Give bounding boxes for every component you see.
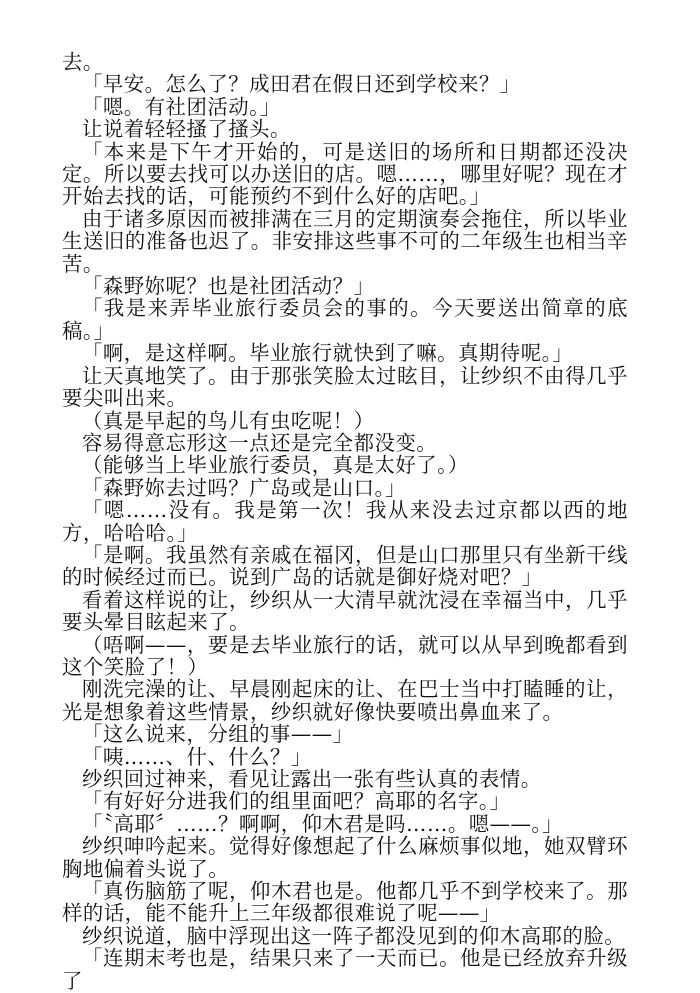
paragraph-narration: 让天真地笑了。由于那张笑脸太过眩目，让纱织不由得几乎要尖叫出来。	[62, 365, 628, 410]
paragraph-narration: 让说着轻轻搔了搔头。	[62, 118, 628, 140]
paragraph-dialogue: 「森野妳去过吗？广岛或是山口。」	[62, 477, 628, 499]
document-page: 去。 「早安。怎么了？成田君在假日还到学校来？」 「嗯。有社团活动。」 让说着轻…	[62, 51, 628, 992]
paragraph-dialogue: 「嗯。有社团活动。」	[62, 96, 628, 118]
paragraph-narration: 纱织呻吟起来。觉得好像想起了什么麻烦事似地，她双臂环胸地偏着头说了。	[62, 835, 628, 880]
paragraph-narration: 容易得意忘形这一点还是完全都没变。	[62, 432, 628, 454]
paragraph-dialogue: 「这么说来，分组的事——」	[62, 723, 628, 745]
paragraph-dialogue: 「嗯……没有。我是第一次！我从来没去过京都以西的地方，哈哈哈。」	[62, 499, 628, 544]
paragraph-narration: 纱织回过神来，看见让露出一张有些认真的表情。	[62, 768, 628, 790]
paragraph-dialogue: 「有好好分进我们的组里面吧？高耶的名字。」	[62, 790, 628, 812]
paragraph-thought: （能够当上毕业旅行委员，真是太好了。）	[62, 454, 628, 476]
paragraph-narration: 由于诸多原因而被排满在三月的定期演奏会拖住，所以毕业生送旧的准备也迟了。非安排这…	[62, 208, 628, 275]
paragraph-dialogue: 「早安。怎么了？成田君在假日还到学校来？」	[62, 73, 628, 95]
paragraph-dialogue: 「啊，是这样啊。毕业旅行就快到了嘛。真期待呢。」	[62, 342, 628, 364]
paragraph-dialogue: 「〝高耶〞……？啊啊，仰木君是吗……。嗯——。」	[62, 813, 628, 835]
paragraph-narration: 纱织说道，脑中浮现出这一阵子都没见到的仰木高耶的脸。	[62, 925, 628, 947]
paragraph-continuation: 去。	[62, 51, 628, 73]
paragraph-narration: 看着这样说的让，纱织从一大清早就沈浸在幸福当中，几乎要头晕目眩起来了。	[62, 589, 628, 634]
paragraph-dialogue: 「连期末考也是，结果只来了一天而已。他是已经放弃升级了	[62, 947, 628, 992]
paragraph-dialogue: 「是啊。我虽然有亲戚在福冈，但是山口那里只有坐新干线的时候经过而已。说到广岛的话…	[62, 544, 628, 589]
paragraph-dialogue: 「本来是下午才开始的，可是送旧的场所和日期都还没决定。所以要去找可以办送旧的店。…	[62, 141, 628, 208]
paragraph-dialogue: 「咦……、什、什么？」	[62, 746, 628, 768]
paragraph-dialogue: 「我是来弄毕业旅行委员会的事的。今天要送出简章的底稿。」	[62, 297, 628, 342]
paragraph-thought: （真是早起的鸟儿有虫吃呢！）	[62, 410, 628, 432]
paragraph-dialogue: 「森野妳呢？也是社团活动？」	[62, 275, 628, 297]
paragraph-dialogue: 「真伤脑筋了呢，仰木君也是。他都几乎不到学校来了。那样的话，能不能升上三年级都很…	[62, 880, 628, 925]
paragraph-thought: （唔啊——，要是去毕业旅行的话，就可以从早到晚都看到这个笑脸了！）	[62, 634, 628, 679]
paragraph-narration: 刚洗完澡的让、早晨刚起床的让、在巴士当中打瞌睡的让，光是想象着这些情景，纱织就好…	[62, 678, 628, 723]
